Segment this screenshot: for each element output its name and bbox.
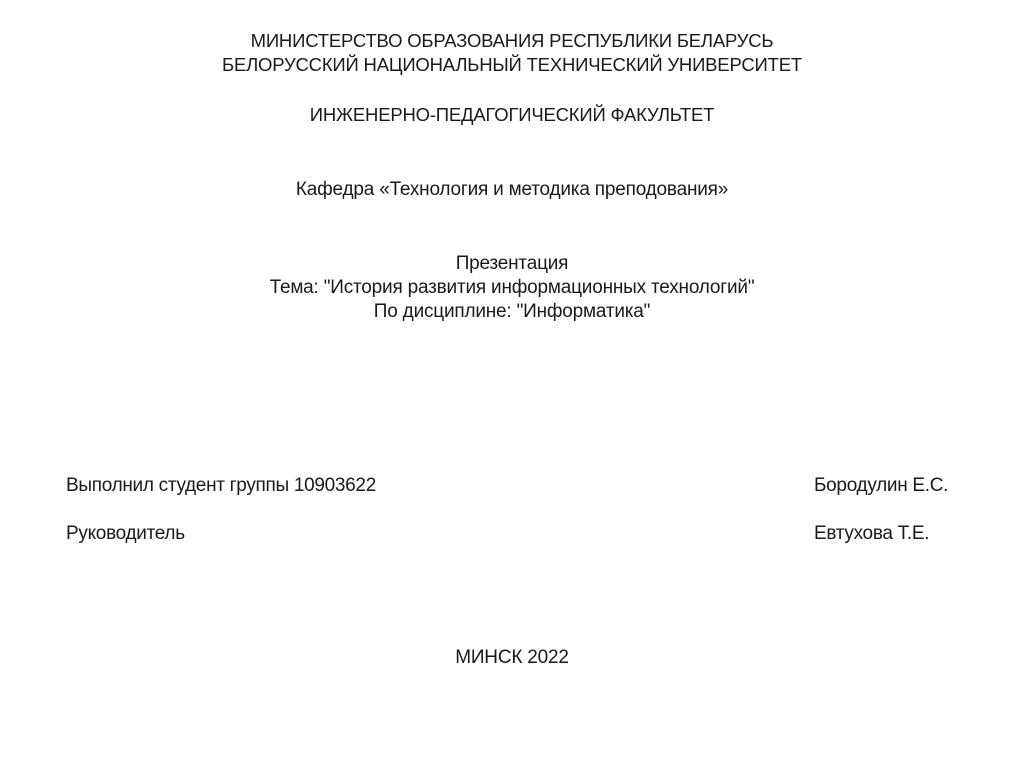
- topic-line: Тема: "История развития информационных т…: [0, 277, 1024, 299]
- faculty-heading: ИНЖЕНЕРНО-ПЕДАГОГИЧЕСКИЙ ФАКУЛЬТЕТ: [0, 104, 1024, 126]
- student-label: Выполнил студент группы 10903622: [66, 475, 376, 497]
- department-heading: Кафедра «Технология и методика преподова…: [0, 179, 1024, 201]
- discipline-line: По дисциплине: "Информатика": [0, 301, 1024, 323]
- city-year: МИНСК 2022: [0, 647, 1024, 669]
- supervisor-label: Руководитель: [66, 523, 185, 545]
- supervisor-name: Евтухова Т.Е.: [814, 523, 929, 545]
- document-type: Презентация: [0, 253, 1024, 275]
- ministry-heading: МИНИСТЕРСТВО ОБРАЗОВАНИЯ РЕСПУБЛИКИ БЕЛА…: [0, 30, 1024, 52]
- student-name: Бородулин Е.С.: [814, 475, 948, 497]
- university-heading: БЕЛОРУССКИЙ НАЦИОНАЛЬНЫЙ ТЕХНИЧЕСКИЙ УНИ…: [0, 54, 1024, 76]
